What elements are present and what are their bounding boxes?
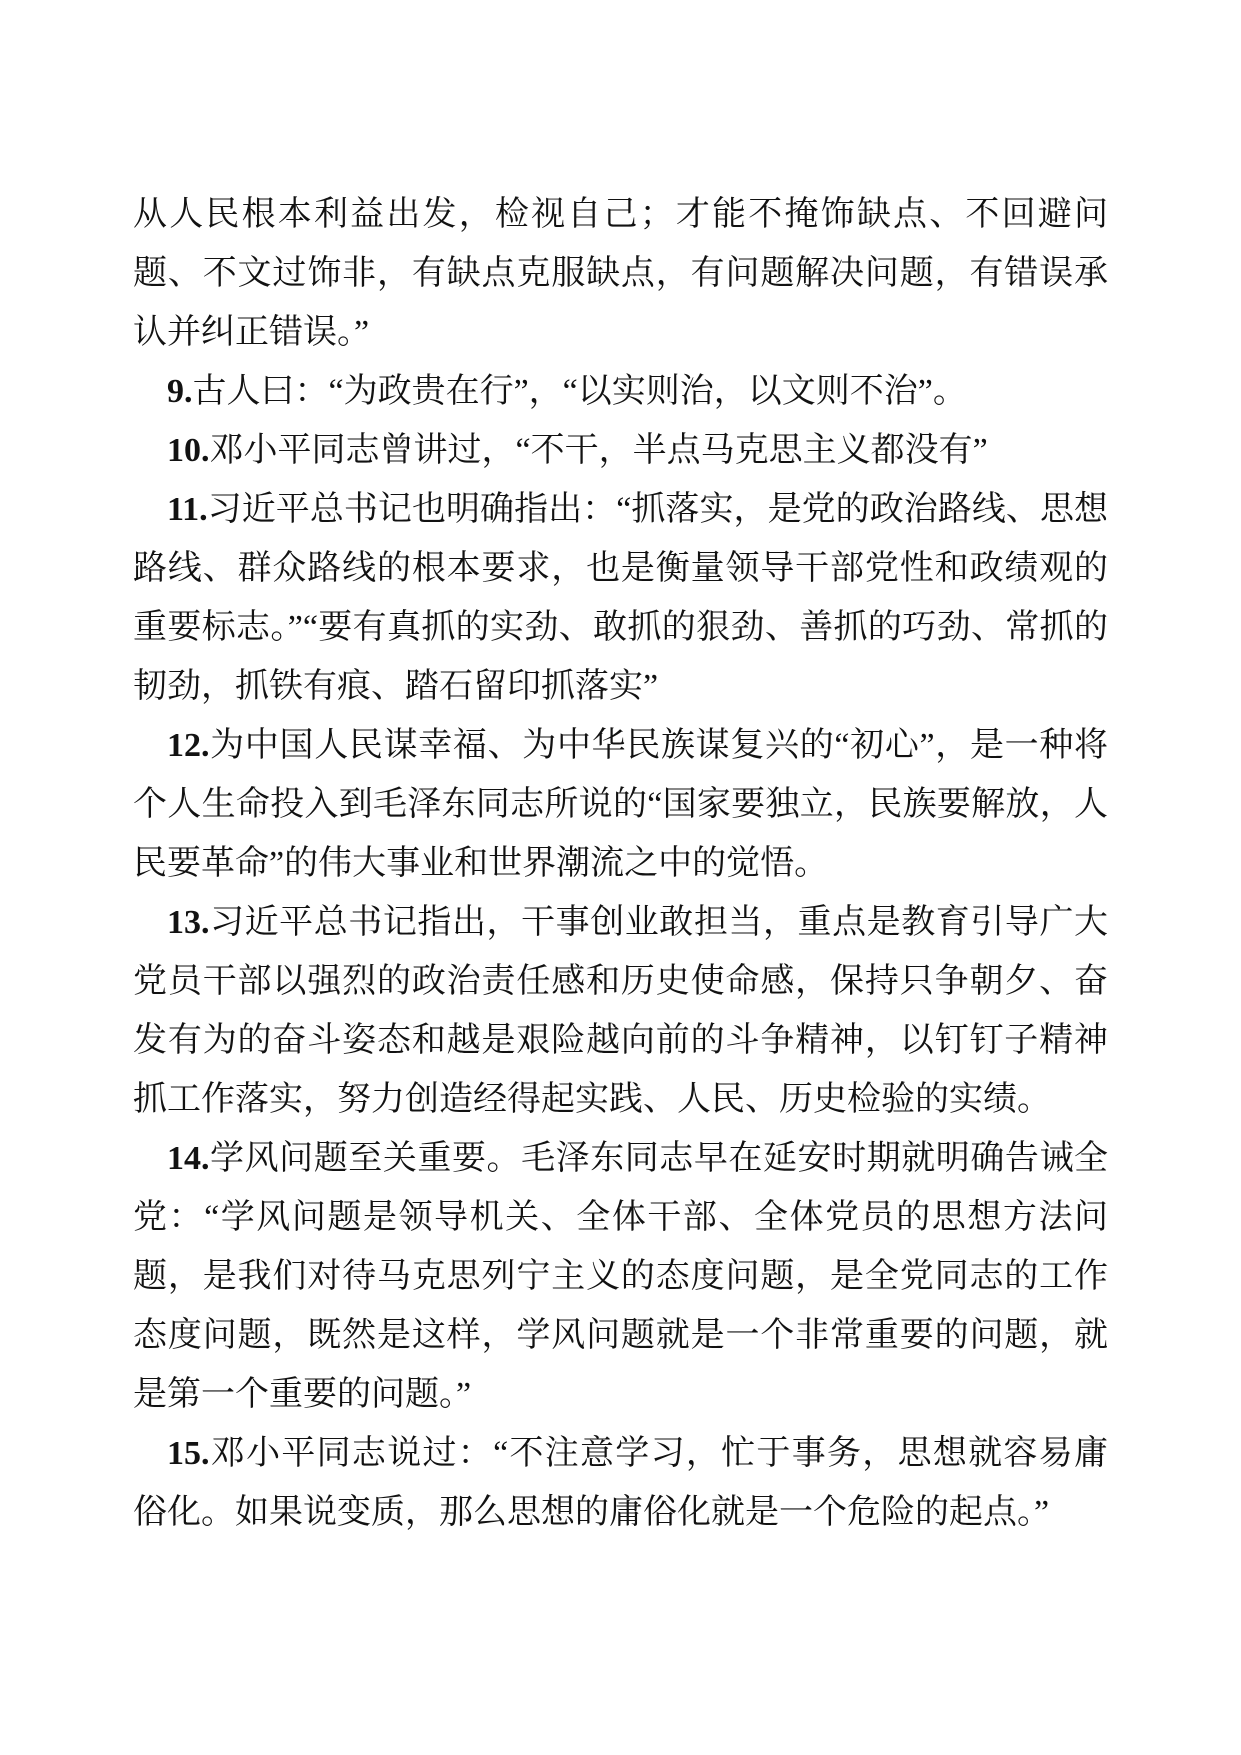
item-number: 10. [167,432,210,469]
item-number: 14. [167,1140,210,1177]
paragraph-text: 从人民根本利益出发，检视自己；才能不掩饰缺点、不回避问题、不文过饰非，有缺点克服… [133,196,1108,351]
quote-item-12: 12.为中国人民谋幸福、为中华民族谋复兴的“初心”，是一种将个人生命投入到毛泽东… [133,716,1108,893]
item-number: 9. [167,373,193,410]
paragraph-text: 为中国人民谋幸福、为中华民族谋复兴的“初心”，是一种将个人生命投入到毛泽东同志所… [133,727,1108,882]
quote-item-10: 10.邓小平同志曾讲过，“不干，半点马克思主义都没有” [133,421,1108,480]
quote-item-11: 11.习近平总书记也明确指出：“抓落实，是党的政治路线、思想路线、群众路线的根本… [133,480,1108,716]
document-body: 从人民根本利益出发，检视自己；才能不掩饰缺点、不回避问题、不文过饰非，有缺点克服… [133,185,1108,1542]
quote-item-9: 9.古人曰：“为政贵在行”，“以实则治，以文则不治”。 [133,362,1108,421]
paragraph-text: 学风问题至关重要。毛泽东同志早在延安时期就明确告诫全党：“学风问题是领导机关、全… [133,1140,1108,1413]
document-page: 从人民根本利益出发，检视自己；才能不掩饰缺点、不回避问题、不文过饰非，有缺点克服… [0,0,1241,1755]
item-number: 15. [167,1435,210,1472]
item-number: 12. [167,727,210,764]
paragraph-text: 邓小平同志曾讲过，“不干，半点马克思主义都没有” [210,432,988,469]
quote-item-13: 13.习近平总书记指出，干事创业敢担当，重点是教育引导广大党员干部以强烈的政治责… [133,893,1108,1129]
paragraph-text: 习近平总书记也明确指出：“抓落实，是党的政治路线、思想路线、群众路线的根本要求，… [133,491,1108,705]
item-number: 13. [167,904,210,941]
paragraph-text: 邓小平同志说过：“不注意学习，忙于事务，思想就容易庸俗化。如果说变质，那么思想的… [133,1435,1108,1531]
paragraph-text: 古人曰：“为政贵在行”，“以实则治，以文则不治”。 [193,373,967,410]
item-number: 11. [167,491,208,528]
paragraph-text: 习近平总书记指出，干事创业敢担当，重点是教育引导广大党员干部以强烈的政治责任感和… [133,904,1108,1118]
quote-item-15: 15.邓小平同志说过：“不注意学习，忙于事务，思想就容易庸俗化。如果说变质，那么… [133,1424,1108,1542]
paragraph-continuation: 从人民根本利益出发，检视自己；才能不掩饰缺点、不回避问题、不文过饰非，有缺点克服… [133,185,1108,362]
quote-item-14: 14.学风问题至关重要。毛泽东同志早在延安时期就明确告诫全党：“学风问题是领导机… [133,1129,1108,1424]
